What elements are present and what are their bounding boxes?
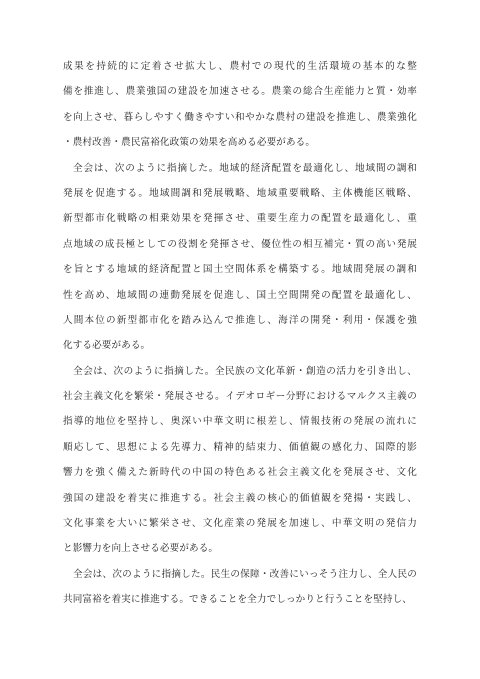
document-text-block: 成果を持続的に定着させ拡大し、農村での現代的生活環境の基本的な整備を推進し、農業…	[63, 54, 417, 613]
text-line-p2-l1: 全会は、次のように指摘した。地域的経済配置を最適化し、地域間の調和	[63, 156, 417, 181]
text-line-p2-l4: 点地域の成長極としての役割を発揮させ、優位性の相互補完・質の高い発展	[63, 232, 417, 257]
text-line-p2-l5: を旨とする地域的経済配置と国土空間体系を構築する。地域間発展の調和	[63, 257, 417, 282]
text-line-p4-l2: 共同富裕を着実に推進する。できることを全力でしっかりと行うことを堅持し、包	[63, 587, 417, 612]
text-line-p3-l3: 指導的地位を堅持し、奥深い中華文明に根差し、情報技術の発展の流れに	[63, 409, 417, 434]
text-line-p1-l4: ・農村改善・農民富裕化政策の効果を高める必要がある。	[63, 130, 417, 155]
text-line-p3-l1: 全会は、次のように指摘した。全民族の文化革新・創造の活力を引き出し、	[63, 359, 417, 384]
text-line-p1-l1: 成果を持続的に定着させ拡大し、農村での現代的生活環境の基本的な整	[63, 54, 417, 79]
text-line-p2-l8: 化する必要がある。	[63, 333, 417, 358]
text-line-p2-l7: 人間本位の新型都市化を踏み込んで推進し、海洋の開発・利用・保護を強	[63, 308, 417, 333]
text-line-p3-l2: 社会主義文化を繁栄・発展させる。イデオロギー分野におけるマルクス主義の	[63, 384, 417, 409]
text-line-p2-l3: 新型都市化戦略の相乗効果を発揮させ、重要生産力の配置を最適化し、重	[63, 206, 417, 231]
text-line-p3-l6: 強国の建設を着実に推進する。社会主義の核心的価値観を発揚・実践し、	[63, 486, 417, 511]
text-line-p3-l4: 順応して、思想による先導力、精神的結束力、価値観の感化力、国際的影	[63, 435, 417, 460]
text-line-p4-l1: 全会は、次のように指摘した。民生の保障・改善にいっそう注力し、全人民の	[63, 562, 417, 587]
text-line-p2-l2: 発展を促進する。地域間調和発展戦略、地域重要戦略、主体機能区戦略、	[63, 181, 417, 206]
text-line-p1-l3: を向上させ、暮らしやすく働きやすい和やかな農村の建設を推進し、農業強化	[63, 105, 417, 130]
document-page: 成果を持続的に定着させ拡大し、農村での現代的生活環境の基本的な整備を推進し、農業…	[0, 0, 480, 679]
text-line-p3-l8: と影響力を向上させる必要がある。	[63, 536, 417, 561]
text-line-p1-l2: 備を推進し、農業強国の建設を加速させる。農業の総合生産能力と質・効率	[63, 79, 417, 104]
text-line-p3-l5: 響力を強く備えた新時代の中国の特色ある社会主義文化を発展させ、文化	[63, 460, 417, 485]
text-line-p3-l7: 文化事業を大いに繁栄させ、文化産業の発展を加速し、中華文明の発信力	[63, 511, 417, 536]
text-line-p2-l6: 性を高め、地域間の連動発展を促進し、国土空間開発の配置を最適化し、	[63, 283, 417, 308]
